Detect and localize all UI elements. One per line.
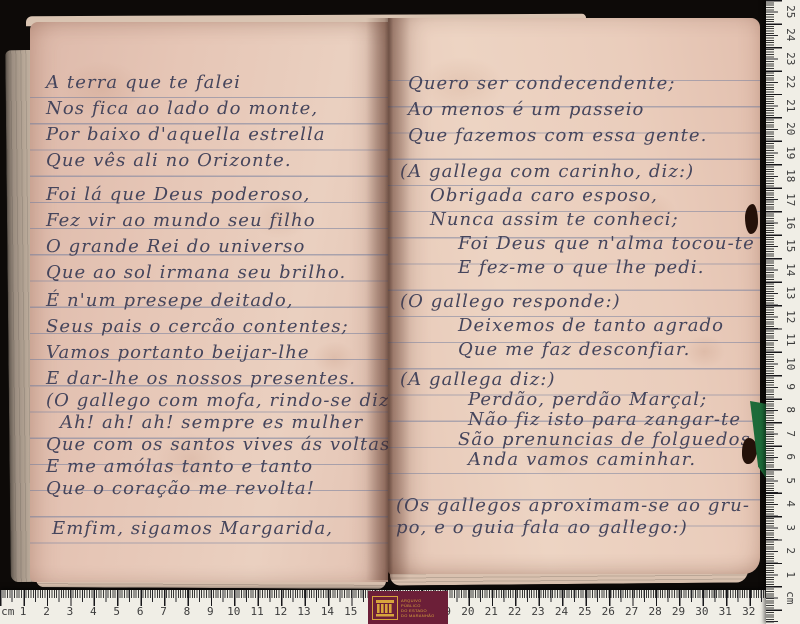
handwritten-line: Fez vir ao mundo seu filho [46, 208, 346, 234]
ruler-number: 10 [779, 354, 800, 373]
stanza: (O gallego com mofa, rindo-se diz:) Ah! … [46, 390, 405, 500]
ruler-number: 17 [779, 190, 800, 209]
ruler-number: 21 [480, 605, 503, 618]
left-page: A terra que te falei Nos fica ao lado do… [30, 22, 388, 582]
ruler-number: 5 [779, 471, 800, 490]
handwritten-line: Nunca assim te conheci; [400, 208, 755, 232]
handwritten-line: Perdão, perdão Marçal; [400, 390, 751, 410]
handwritten-line: Ah! ah! ah! sempre es mulher [46, 412, 405, 434]
stanza: (A gallega com carinho, diz:) Obrigada c… [400, 160, 755, 280]
vertical-ruler-cm: 2524232221201918171615141312111098765432… [766, 0, 800, 624]
handwritten-line: Que com os santos vives ás voltas, [46, 434, 405, 456]
ruler-number: 6 [779, 448, 800, 467]
ruler-number: 12 [269, 605, 292, 618]
handwritten-line: (Os gallegos aproximam-se ao gru- [396, 495, 750, 517]
stanza: É n'um presepe deitado, Seus pais o cerc… [46, 288, 356, 392]
ruler-number: 9 [779, 377, 800, 396]
ruler-number: 23 [779, 49, 800, 68]
handwritten-line: O grande Rei do universo [46, 234, 346, 260]
ruler-number: 11 [245, 605, 268, 618]
handwritten-line: Obrigada caro esposo, [400, 184, 755, 208]
handwritten-line: Que me faz desconfiar. [400, 338, 724, 362]
ruler-numbers: 2524232221201918171615141312111098765432… [781, 0, 800, 609]
ruler-number: 19 [779, 143, 800, 162]
ruler-number: 22 [779, 73, 800, 92]
handwritten-line: Deixemos de tanto agrado [400, 314, 724, 338]
handwritten-line: Que ao sol irmana seu brilho. [46, 260, 346, 286]
archive-logo-text: ARQUIVO PÚBLICO DO ESTADO DO MARANHÃO [401, 598, 435, 618]
ruler-number: 7 [779, 424, 800, 443]
ruler-number: 27 [620, 605, 643, 618]
ruler-number: 24 [550, 605, 573, 618]
ruler-number: 7 [152, 605, 175, 618]
handwritten-line: Ao menos é um passeio [408, 97, 707, 123]
ruler-number: 11 [779, 330, 800, 349]
ruler-number: 8 [175, 605, 198, 618]
handwritten-line: Por baixo d'aquella estrella [46, 122, 326, 148]
stanza: (A gallega diz:) Perdão, perdão Marçal; … [400, 370, 751, 470]
handwritten-line: Nos fica ao lado do monte, [46, 96, 326, 122]
handwritten-line: po, e o guia fala ao gallego:) [396, 517, 750, 539]
stanza: Emfim, sigamos Margarida, [46, 516, 333, 542]
handwritten-line: A terra que te falei [46, 70, 326, 96]
ruler-number: 12 [779, 307, 800, 326]
scanned-notebook-photo: A terra que te falei Nos fica ao lado do… [0, 0, 800, 624]
logo-text-line: DO MARANHÃO [401, 613, 435, 618]
ruler-number: 14 [316, 605, 339, 618]
ruler-number: 20 [456, 605, 479, 618]
handwritten-line: Anda vamos caminhar. [400, 450, 751, 470]
handwritten-line: Que o coração me revolta! [46, 478, 405, 500]
handwritten-line: Emfim, sigamos Margarida, [52, 516, 333, 542]
ruler-number: 15 [779, 237, 800, 256]
stanza: (Os gallegos aproximam-se ao gru- po, e … [396, 495, 750, 539]
ruler-number: 10 [222, 605, 245, 618]
handwritten-line: Não fiz isto para zangar-te [400, 410, 751, 430]
ruler-number: 1 [779, 565, 800, 584]
ruler-number: 30 [690, 605, 713, 618]
ruler-number: 31 [714, 605, 737, 618]
handwritten-line: (O gallego com mofa, rindo-se diz:) [46, 390, 405, 412]
handwritten-line: (A gallega com carinho, diz:) [400, 160, 755, 184]
ruler-number: 18 [779, 166, 800, 185]
ruler-number: 6 [128, 605, 151, 618]
handwritten-line: São prenuncias de folguedos [400, 430, 751, 450]
handwritten-line: Que fazemos com essa gente. [408, 123, 707, 149]
archive-logo: ARQUIVO PÚBLICO DO ESTADO DO MARANHÃO [368, 591, 448, 624]
stanza: A terra que te falei Nos fica ao lado do… [46, 70, 326, 174]
ruler-number: 20 [779, 119, 800, 138]
stanza: (O gallego responde:) Deixemos de tanto … [400, 290, 724, 362]
handwritten-line: Foi lá que Deus poderoso, [46, 182, 346, 208]
ruler-number: 26 [597, 605, 620, 618]
ruler-number: 24 [779, 26, 800, 45]
ruler-number: 25 [779, 2, 800, 21]
handwritten-line: Seus pais o cercão contentes; [46, 314, 356, 340]
ruler-number: 21 [779, 96, 800, 115]
ruler-number: 25 [573, 605, 596, 618]
stanza: Foi lá que Deus poderoso, Fez vir ao mun… [46, 182, 346, 286]
ruler-number: 23 [526, 605, 549, 618]
ruler-number: 2 [35, 605, 58, 618]
ruler-number: 32 [737, 605, 760, 618]
handwritten-line: E fez-me o que lhe pedi. [400, 256, 755, 280]
ruler-number: 15 [339, 605, 362, 618]
ruler-number: 22 [503, 605, 526, 618]
ruler-number: 16 [779, 213, 800, 232]
ruler-number: cm [0, 605, 19, 618]
ruler-number: 14 [779, 260, 800, 279]
handwritten-line: (A gallega diz:) [400, 370, 751, 390]
handwritten-line: E dar-lhe os nossos presentes. [46, 366, 356, 392]
handwritten-line: Que vês ali no Orizonte. [46, 148, 326, 174]
stanza: Quero ser condecendente; Ao menos é um p… [408, 71, 707, 149]
ruler-number: 2 [779, 541, 800, 560]
ruler-number: 8 [779, 401, 800, 420]
ruler-number: 4 [779, 494, 800, 513]
handwritten-line: Quero ser condecendente; [408, 71, 707, 97]
ruler-number: 9 [199, 605, 222, 618]
handwritten-line: Foi Deus que n'alma tocou-te [400, 232, 755, 256]
ruler-number: 3 [58, 605, 81, 618]
handwritten-line: (O gallego responde:) [400, 290, 724, 314]
handwritten-line: E me amólas tanto e tanto [46, 456, 405, 478]
handwritten-line: É n'um presepe deitado, [46, 288, 356, 314]
archive-building-icon [372, 596, 398, 620]
ruler-number: 4 [82, 605, 105, 618]
ruler-number: 13 [779, 283, 800, 302]
ruler-number: 13 [292, 605, 315, 618]
ruler-number: 5 [105, 605, 128, 618]
ruler-number: cm [779, 588, 800, 607]
ruler-number: 3 [779, 518, 800, 537]
ruler-number: 28 [643, 605, 666, 618]
right-page: Quero ser condecendente; Ao menos é um p… [388, 18, 760, 574]
ruler-number: 29 [667, 605, 690, 618]
handwritten-line: Vamos portanto beijar-lhe [46, 340, 356, 366]
